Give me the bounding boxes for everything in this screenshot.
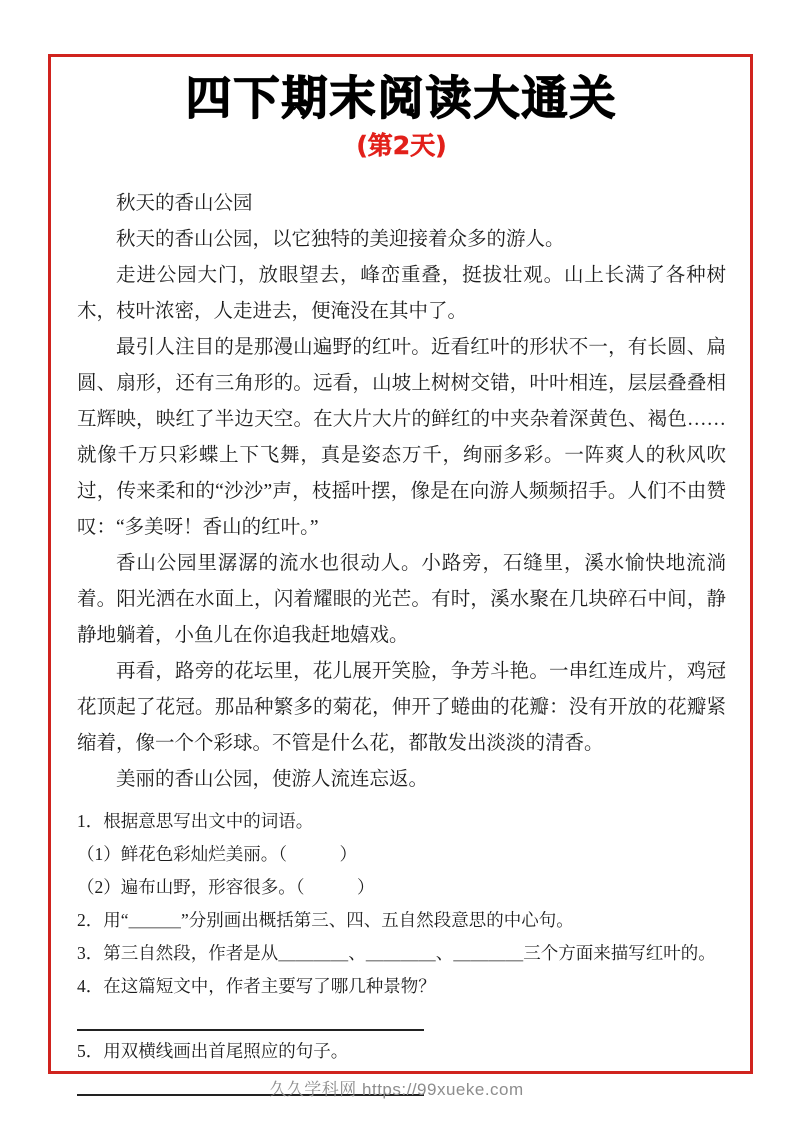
reading-passage: 秋天的香山公园 秋天的香山公园，以它独特的美迎接着众多的游人。 走进公园大门，放… — [77, 186, 726, 798]
passage-paragraph: 走进公园大门，放眼望去，峰峦重叠，挺拔壮观。山上长满了各种树木，枝叶浓密，人走进… — [77, 258, 726, 330]
question-2: 2．用“＿＿＿”分别画出概括第三、四、五自然段意思的中心句。 — [77, 904, 726, 937]
question-4: 4．在这篇短文中，作者主要写了哪几种景物？ — [77, 970, 726, 1003]
answer-line-q4 — [77, 1003, 424, 1031]
passage-paragraph: 最引人注目的是那漫山遍野的红叶。近看红叶的形状不一，有长圆、扁圆、扇形，还有三角… — [77, 330, 726, 546]
passage-paragraph: 再看，路旁的花坛里，花儿展开笑脸，争芳斗艳。一串红连成片，鸡冠花顶起了花冠。那品… — [77, 654, 726, 762]
passage-paragraph: 秋天的香山公园，以它独特的美迎接着众多的游人。 — [77, 222, 726, 258]
question-5: 5．用双横线画出首尾照应的句子。 — [77, 1035, 726, 1068]
question-3: 3．第三自然段，作者是从＿＿＿＿、＿＿＿＿、＿＿＿＿三个方面来描写红叶的。 — [77, 937, 726, 970]
page-subtitle: (第2天) — [77, 130, 726, 161]
question-1-sub-2: （2）遍布山野，形容很多。（ ） — [77, 871, 726, 904]
questions-section: 1．根据意思写出文中的词语。 （1）鲜花色彩灿烂美丽。（ ） （2）遍布山野，形… — [77, 805, 726, 1096]
question-1-sub-1: （1）鲜花色彩灿烂美丽。（ ） — [77, 838, 726, 871]
passage-paragraph: 香山公园里潺潺的流水也很动人。小路旁，石缝里，溪水愉快地流淌着。阳光洒在水面上，… — [77, 546, 726, 654]
worksheet-page: 四下期末阅读大通关 (第2天) 秋天的香山公园 秋天的香山公园，以它独特的美迎接… — [0, 0, 793, 1122]
red-border-frame: 四下期末阅读大通关 (第2天) 秋天的香山公园 秋天的香山公园，以它独特的美迎接… — [48, 54, 753, 1074]
page-title: 四下期末阅读大通关 — [77, 70, 726, 128]
question-1: 1．根据意思写出文中的词语。 — [77, 805, 726, 838]
passage-closing-line: 美丽的香山公园，使游人流连忘返。 — [77, 762, 726, 798]
passage-title-line: 秋天的香山公园 — [77, 186, 726, 222]
site-footer: 久久学科网 https://99xueke.com — [0, 1075, 793, 1100]
